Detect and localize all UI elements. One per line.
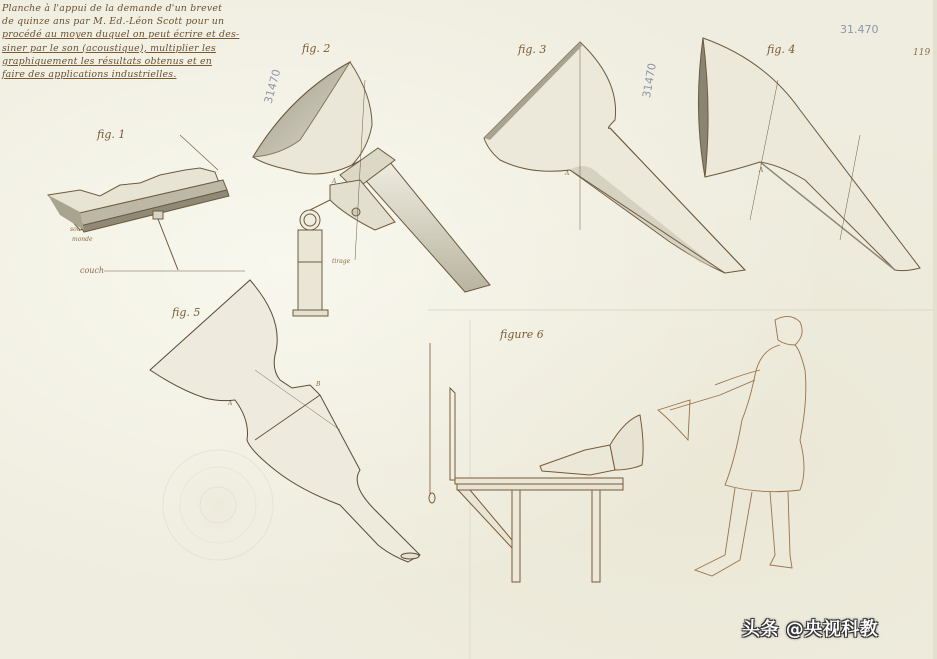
source-watermark: 头条 @央视科教 (742, 615, 878, 641)
page-edge (933, 0, 937, 659)
fig6-drawing (429, 343, 643, 582)
seal-emboss (163, 450, 273, 560)
fig4-drawing (698, 38, 920, 271)
document-scan: Planche à l'appui de la demande d'un bre… (0, 0, 937, 659)
fig1-drawing (48, 135, 245, 271)
drawing-layer (0, 0, 937, 659)
figure-man-trumpet (658, 316, 806, 576)
fig2-drawing (253, 62, 490, 316)
